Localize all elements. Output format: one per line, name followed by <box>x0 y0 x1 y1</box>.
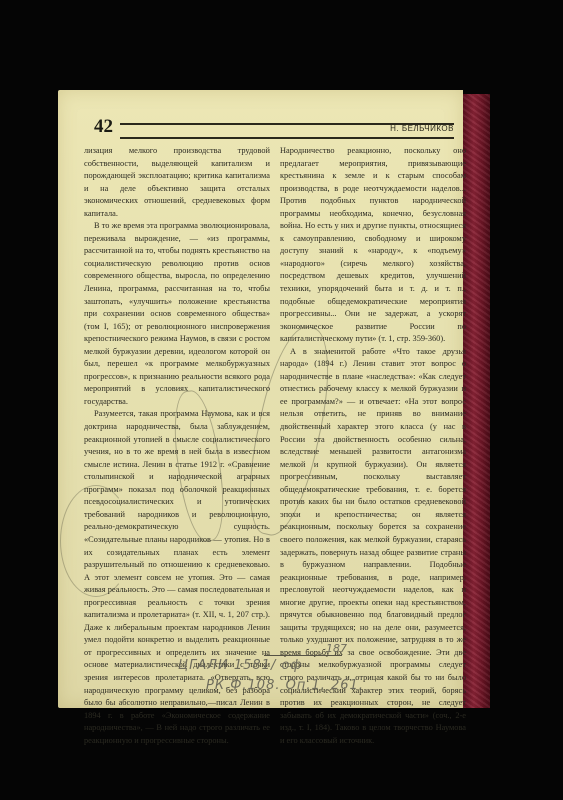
archive-stamp-rule <box>264 655 342 656</box>
archive-stamp-line-1: ЦГАЛИ 1581/ оф <box>178 658 303 673</box>
page-header: 42 Н. БЕЛЬЧИКОВ <box>94 116 454 138</box>
paragraph: В то же время эта программа эволюциониро… <box>84 220 270 408</box>
archive-folio-number: 187 <box>326 642 347 655</box>
paragraph: Народничество реакционно, поскольку оно … <box>280 145 466 346</box>
running-head-author: Н. БЕЛЬЧИКОВ <box>390 124 454 133</box>
archive-stamp-line-2: РК.Ф.108. Оп.1. 261. <box>206 678 364 693</box>
header-rule-bottom <box>120 137 454 139</box>
page-number: 42 <box>94 116 113 138</box>
document-page: 42 Н. БЕЛЬЧИКОВ лизация мелкого производ… <box>58 90 463 708</box>
pencil-circle-mark <box>60 485 132 597</box>
book-spine-binding <box>463 94 490 708</box>
paragraph: лизация мелкого производства трудовой со… <box>84 145 270 220</box>
